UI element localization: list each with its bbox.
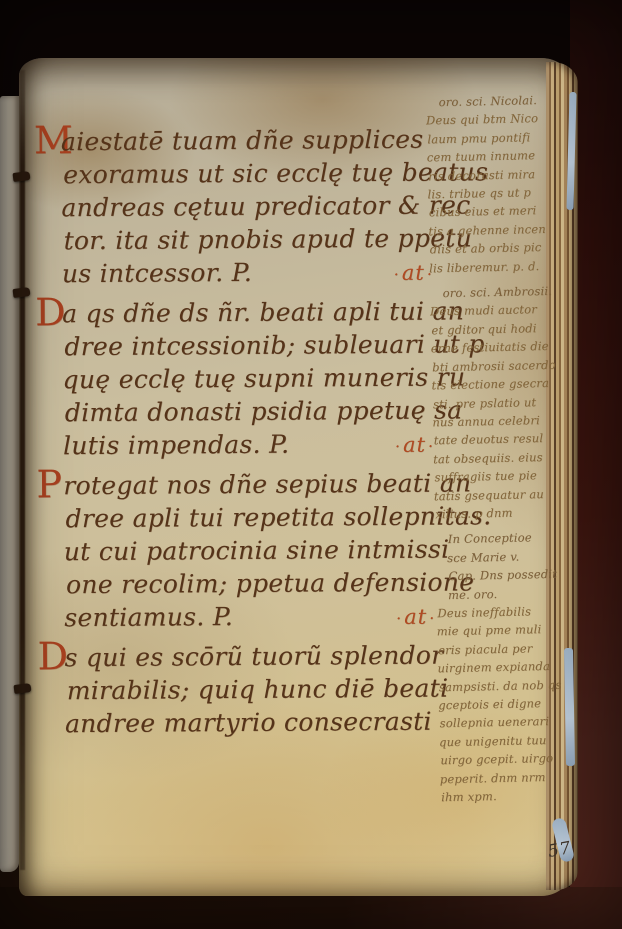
text-line: andreas cętuu predicator & rec (61, 189, 440, 225)
prayer-paragraph: Protegat nos dñe sepius beati andree apl… (36, 467, 443, 638)
margin-line: lis liberemur. p. d. (429, 256, 559, 277)
margin-rubric: oro. sci. Ambrosii. (430, 282, 559, 303)
main-text-block: Maiestatē tuam dñe supplicesexoramus ut … (34, 123, 444, 745)
text-line-text: exoramus ut sic ecclę tuę beatus (63, 157, 488, 189)
text-line-text: rotegat nos dñe sepius beati an (63, 468, 471, 500)
margin-line: uirgo gcepit. uirgo (440, 749, 569, 770)
text-line-text: andree martyrio consecrasti (65, 707, 432, 739)
text-line: Da qs dñe ds ñr. beati apli tui an (62, 295, 441, 331)
text-line: dree intcessionib; subleuari ut p (64, 328, 441, 364)
text-line: ut cui patrocinia sine intmissi (64, 533, 443, 569)
text-line-text: sentiamus. P. (64, 600, 233, 634)
text-line: dimta donasti psidia ppetuę sa (65, 394, 442, 430)
text-line-text: ut cui patrocinia sine intmissi (64, 535, 450, 567)
prayer-paragraph: Ds qui es scōrũ tuorũ splendormirabilis;… (37, 639, 444, 741)
previous-page-edge (0, 96, 19, 872)
margin-rubric: Cap. Dns possedit (436, 565, 565, 586)
text-line: sentiamus. P.at (64, 599, 443, 638)
text-line-text: dree intcessionib; subleuari ut p (64, 329, 484, 361)
text-line-text: a qs dñe ds ñr. beati apli tui an (62, 296, 464, 328)
margin-line: Deus qui btm Nico (426, 109, 556, 130)
margin-section: In Conceptioesce Marie v.Cap. Dns possed… (435, 528, 571, 807)
text-line-text: lutis impendas. P. (63, 428, 289, 463)
text-line: one recolim; ppetua defensione (66, 566, 443, 602)
paragraph-initial: M (34, 125, 61, 155)
text-line: mirabilis; quiq hunc diē beati (67, 672, 444, 708)
text-line-text: tor. ita sit pnobis apud te ppetu (64, 223, 473, 255)
text-line-text: us intcessor. P. (62, 256, 252, 290)
text-line-text: one recolim; ppetua defensione (66, 567, 474, 599)
paragraph-initial: D (37, 641, 64, 671)
text-line: quę ecclę tuę supni muneris ru (63, 361, 442, 397)
prayer-paragraph: Da qs dñe ds ñr. beati apli tui andree i… (35, 295, 442, 466)
text-line-text: andreas cętuu predicator & rec (61, 190, 470, 222)
paragraph-initial: P (36, 469, 63, 499)
text-line: Protegat nos dñe sepius beati an (63, 467, 442, 503)
page-number: 57 (546, 838, 573, 862)
manuscript-photo: Maiestatē tuam dñe supplicesexoramus ut … (0, 0, 622, 929)
margin-line: uirginem expianda (437, 657, 567, 678)
binding-gutter (20, 70, 25, 870)
text-line-text: dree apli tui repetita sollepnitas. (65, 501, 491, 533)
margin-line: ihm xpm. (441, 786, 570, 807)
text-line-text: quę ecclę tuę supni muneris ru (63, 362, 466, 394)
margin-section: oro. sci. Nicolai.Deus qui btm Nicolaum … (425, 91, 559, 278)
paragraph-initial: D (35, 297, 62, 327)
text-line-text: s qui es scōrũ tuorũ splendor (64, 641, 443, 673)
margin-section: oro. sci. Ambrosii.Deus mudi auctoret gd… (429, 282, 564, 524)
response-mark: at (393, 429, 436, 463)
text-line: Ds qui es scōrũ tuorũ splendor (64, 639, 443, 675)
text-line: tor. ita sit pnobis apud te ppetu (64, 222, 441, 258)
text-line: us intcessor. P.at (62, 255, 441, 294)
margin-line: sampsisti. da nob qs (439, 675, 568, 696)
margin-line: erne festiuitatis die (431, 337, 561, 358)
text-line-text: dimta donasti psidia ppetuę sa (65, 395, 463, 427)
margin-line: diis et ab orbis pic (430, 238, 559, 259)
text-line: lutis impendas. P.at (63, 427, 442, 466)
text-line: andree martyrio consecrasti (65, 705, 444, 741)
text-line: exoramus ut sic ecclę tuę beatus (63, 156, 440, 192)
margin-column: oro. sci. Nicolai.Deus qui btm Nicolaum … (425, 91, 570, 814)
text-line-text: aiestatē tuam dñe supplices (61, 125, 424, 157)
text-line: Maiestatē tuam dñe supplices (61, 123, 440, 159)
text-line-text: mirabilis; quiq hunc diē beati (67, 674, 449, 706)
margin-line: tis electione gsecra (431, 374, 561, 395)
prayer-paragraph: Maiestatē tuam dñe supplicesexoramus ut … (34, 123, 441, 294)
text-line: dree apli tui repetita sollepnitas. (65, 500, 442, 536)
response-mark: at (394, 601, 437, 635)
margin-line: xilius. p dnm (435, 503, 564, 524)
